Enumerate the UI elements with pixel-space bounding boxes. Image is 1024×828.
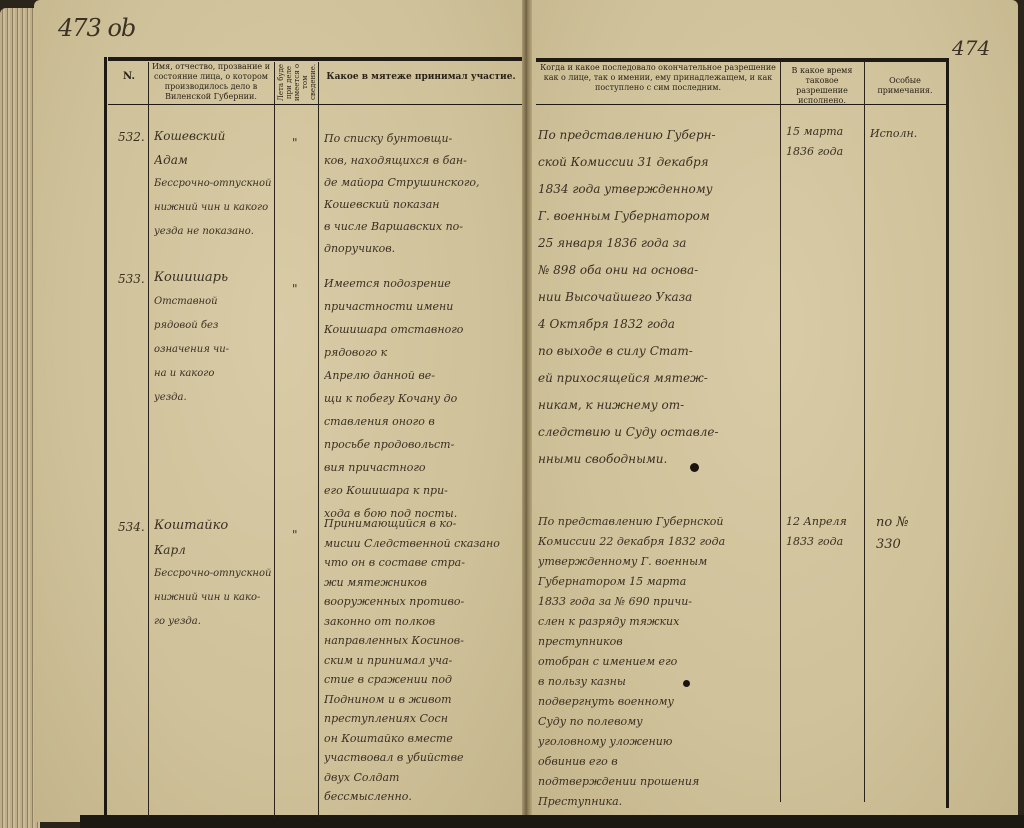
text-line: дпоручиков. <box>324 238 522 260</box>
name-line: на и какого <box>154 362 272 386</box>
text-line: По списку бунтовщи- <box>324 128 522 150</box>
text-line: преступников <box>538 632 778 652</box>
text-line: Кошишара отставного <box>324 318 522 341</box>
name-line: Кошишарь <box>154 266 272 290</box>
column-border <box>946 58 949 808</box>
text-line: де майора Струшинского, <box>324 172 522 194</box>
text-line: Комиссии 22 декабря 1832 года <box>538 532 778 552</box>
text-line: причастности имени <box>324 295 522 318</box>
text-line: По представлению Губерн- <box>538 122 778 149</box>
name-line: Кошевский <box>154 124 272 148</box>
name-line: го уезда. <box>154 610 272 634</box>
text-line: подтверждении прошения <box>538 772 778 792</box>
ledger-scan: 473 ob 474 N. Имя, отчество, прозвание и… <box>0 0 1024 828</box>
text-line: ей прихосящейся мятеж- <box>538 365 778 392</box>
text-line: подвергнуть военному <box>538 692 778 712</box>
text-line: ставления оного в <box>324 410 522 433</box>
text-line: двух Солдат <box>324 768 522 788</box>
text-line: что он в составе стра- <box>324 553 522 573</box>
name-line: Коштайко <box>154 514 272 538</box>
text-line: стие в сражении под <box>324 670 522 690</box>
text-line: вооруженных противо- <box>324 592 522 612</box>
text-line: Имеется подозрение <box>324 272 522 295</box>
name-line: Карл <box>154 538 272 562</box>
name-line: означения чи- <box>154 338 272 362</box>
name-line: Адам <box>154 148 272 172</box>
text-line: Губернатором 15 марта <box>538 572 778 592</box>
bottom-shadow <box>80 815 1024 828</box>
entry-notes: Исполн. <box>870 122 942 146</box>
text-line: 1833 года <box>786 532 862 552</box>
name-line: Бессрочно-отпускной <box>154 172 272 196</box>
text-line: 12 Апреля <box>786 512 862 532</box>
name-line: нижний чин и какого <box>154 196 272 220</box>
col-header-years: Лета буде при деле имеется о том сведени… <box>277 62 317 102</box>
col-header-executed: В какое время таковое разрешение исполне… <box>782 66 862 106</box>
text-line: нии Высочайшего Указа <box>538 284 778 311</box>
column-border <box>104 57 107 817</box>
text-line: Поднином и в живот <box>324 690 522 710</box>
text-line: ской Комиссии 31 декабря <box>538 149 778 176</box>
entry-notes: по № 330 <box>876 512 942 556</box>
folio-number-right: 474 <box>952 36 990 60</box>
text-line: 1836 года <box>786 142 862 162</box>
text-line: Кошевский показан <box>324 194 522 216</box>
ditto-mark: " <box>292 528 298 542</box>
entry-number: 532. <box>118 130 145 144</box>
name-line: уезда. <box>154 386 272 410</box>
col-header-participation: Какое в мятеже принимал участие. <box>322 72 520 82</box>
text-line: Принимающийся в ко- <box>324 514 522 534</box>
col-header-resolution: Когда и какое последовало окончательное … <box>538 63 778 93</box>
text-line: Г. военным Губернатором <box>538 203 778 230</box>
text-line: участвовал в убийстве <box>324 748 522 768</box>
name-line: Отставной <box>154 290 272 314</box>
text-line: направленных Косинов- <box>324 631 522 651</box>
text-line: в пользу казны <box>538 672 778 692</box>
text-line: ским и принимал уча- <box>324 651 522 671</box>
header-bottom-rule-right <box>536 104 946 105</box>
ditto-mark: " <box>292 136 298 150</box>
text-line: Апрелю данной ве- <box>324 364 522 387</box>
entry-executed: 15 марта 1836 года <box>786 122 862 162</box>
text-line: жи мятежников <box>324 573 522 593</box>
text-line: По представлению Губернской <box>538 512 778 532</box>
text-line: щи к побегу Кочану до <box>324 387 522 410</box>
text-line: № 898 оба они на основа- <box>538 257 778 284</box>
text-line: рядового к <box>324 341 522 364</box>
text-line: бессмысленно. <box>324 787 522 807</box>
header-top-rule-right <box>536 58 946 62</box>
folio-number-left: 473 ob <box>58 14 135 42</box>
column-border <box>148 62 149 817</box>
text-line: Суду по полевому <box>538 712 778 732</box>
text-line: 1834 года утвержденному <box>538 176 778 203</box>
col-header-name: Имя, отчество, прозвание и состояние лиц… <box>150 62 272 102</box>
text-line: Исполн. <box>870 122 942 146</box>
name-line: Бессрочно-отпускной <box>154 562 272 586</box>
text-line: просьбе продовольст- <box>324 433 522 456</box>
text-line: уголовному уложению <box>538 732 778 752</box>
text-line: ков, находящихся в бан- <box>324 150 522 172</box>
column-border <box>274 62 275 817</box>
text-line: нными свободными. <box>538 446 778 473</box>
col-header-number: N. <box>112 72 146 82</box>
text-line: мисии Следственной сказано <box>324 534 522 554</box>
text-line: 25 января 1836 года за <box>538 230 778 257</box>
text-line: утвержденному Г. военным <box>538 552 778 572</box>
text-line: 15 марта <box>786 122 862 142</box>
text-line: 1833 года за № 690 причи- <box>538 592 778 612</box>
text-line: преступлениях Сосн <box>324 709 522 729</box>
text-line: следствию и Суду оставле- <box>538 419 778 446</box>
ink-blot <box>690 463 699 472</box>
ditto-mark: " <box>292 282 298 296</box>
name-line: рядовой без <box>154 314 272 338</box>
text-line: он Коштайко вместе <box>324 729 522 749</box>
book-gutter <box>522 0 532 828</box>
name-line: уезда не показано. <box>154 220 272 244</box>
text-line: 330 <box>876 534 942 556</box>
entry-participation: Принимающийся в ко- мисии Следственной с… <box>324 514 522 807</box>
text-line: по № <box>876 512 942 534</box>
entry-resolution: По представлению Губернской Комиссии 22 … <box>538 512 778 812</box>
text-line: законно от полков <box>324 612 522 632</box>
text-line: в числе Варшавских по- <box>324 216 522 238</box>
text-line: отобран с имением его <box>538 652 778 672</box>
col-header-notes: Особые примечания. <box>866 76 944 96</box>
ink-blot <box>683 680 690 687</box>
text-line: слен к разряду тяжких <box>538 612 778 632</box>
entry-number: 534. <box>118 520 145 534</box>
header-bottom-rule-left <box>108 104 522 105</box>
text-line: его Кошишара к при- <box>324 479 522 502</box>
entry-participation: Имеется подозрение причастности имени Ко… <box>324 272 522 525</box>
column-border <box>864 62 865 802</box>
column-border <box>318 62 319 817</box>
entry-participation: По списку бунтовщи- ков, находящихся в б… <box>324 128 522 260</box>
entry-name: Коштайко Карл Бессрочно-отпускной нижний… <box>154 514 272 634</box>
text-line: вия причастного <box>324 456 522 479</box>
entry-number: 533. <box>118 272 145 286</box>
entry-name: Кошевский Адам Бессрочно-отпускной нижни… <box>154 124 272 244</box>
text-line: по выходе в силу Стат- <box>538 338 778 365</box>
header-top-rule-left <box>108 57 522 61</box>
text-line: обвинив его в <box>538 752 778 772</box>
text-line: никам, к нижнему от- <box>538 392 778 419</box>
entry-name: Кошишарь Отставной рядовой без означения… <box>154 266 272 410</box>
entry-executed: 12 Апреля 1833 года <box>786 512 862 552</box>
column-border <box>780 62 781 802</box>
text-line: 4 Октября 1832 года <box>538 311 778 338</box>
name-line: нижний чин и како- <box>154 586 272 610</box>
text-line: Преступника. <box>538 792 778 812</box>
entry-resolution: По представлению Губерн- ской Комиссии 3… <box>538 122 778 473</box>
